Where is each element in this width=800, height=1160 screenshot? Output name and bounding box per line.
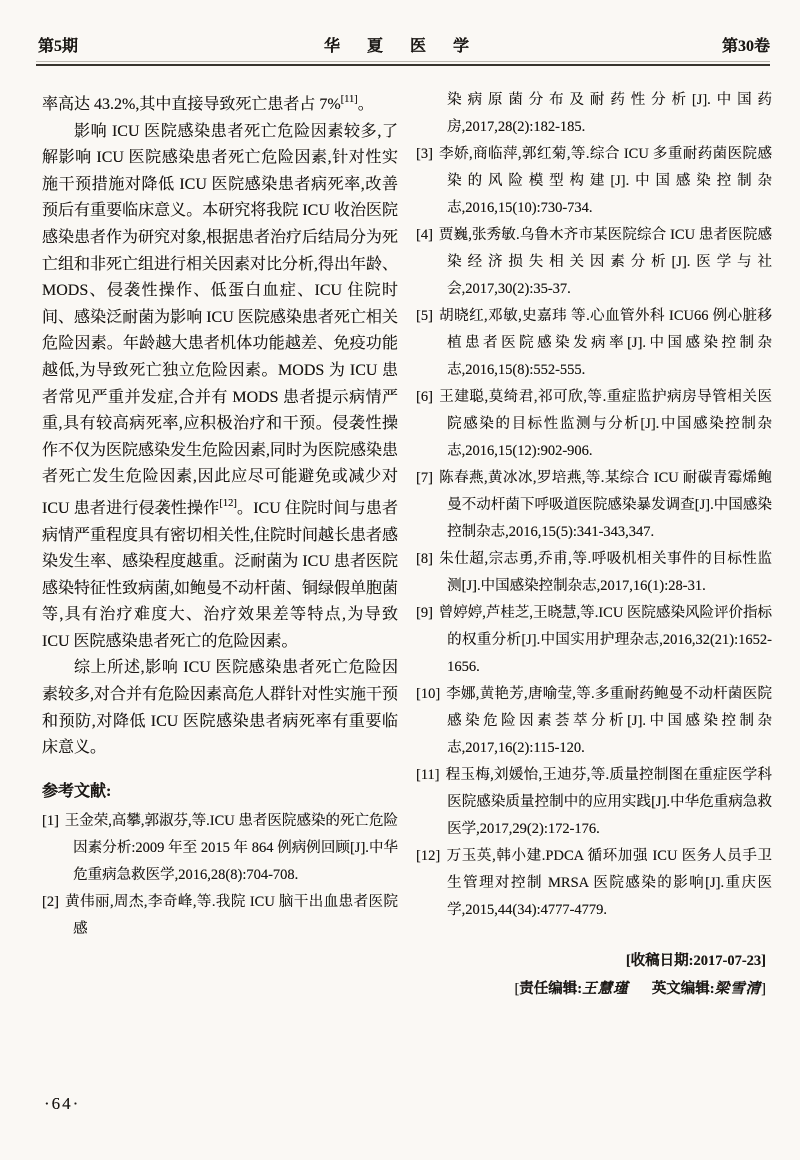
reference-number: [12] [416, 848, 440, 864]
running-head: 第5期 华 夏 医 学 第30卷 [38, 0, 770, 56]
reference-continuation: 染病原菌分布及耐药性分析[J].中国药房,2017,28(2):182-185. [416, 87, 772, 141]
reference-item: [4]贾巍,张秀敏.乌鲁木齐市某医院综合 ICU 患者医院感染经济损失相关因素分… [416, 222, 772, 303]
editors-line: [责任编辑:王慧瑾英文编辑:梁雪清] [416, 977, 766, 998]
reference-number: [2] [42, 894, 59, 910]
text-run: 率高达 43.2%,其中直接导致死亡患者占 7% [42, 96, 341, 113]
text-run: 影响 ICU 医院感染患者死亡危险因素较多,了解影响 ICU 医院感染患者死亡危… [42, 123, 398, 517]
reference-number: [10] [416, 686, 440, 702]
bracket-close: ] [761, 981, 766, 997]
reference-number: [6] [416, 389, 433, 405]
page-number: ·64· [44, 1094, 80, 1114]
reference-item: [11]程玉梅,刘媛怡,王迪芬,等.质量控制图在重症医学科医院感染质量控制中的应… [416, 762, 772, 843]
paragraph: 综上所述,影响 ICU 医院感染患者死亡危险因素较多,对合并有危险因素高危人群针… [42, 655, 398, 761]
reference-item: [1]王金荣,高攀,郭淑芬,等.ICU 患者医院感染的死亡危险因素分析:2009… [42, 808, 398, 889]
header-rule-soft [36, 61, 770, 62]
reference-item: [10]李娜,黄艳芳,唐喻莹,等.多重耐药鲍曼不动杆菌医院感染危险因素荟萃分析[… [416, 681, 772, 762]
reference-item: [9]曾婷婷,芦桂芝,王晓慧,等.ICU 医院感染风险评价指标的权重分析[J].… [416, 600, 772, 681]
reference-item: [8]朱仕超,宗志勇,乔甫,等.呼吸机相关事件的目标性监测[J].中国感染控制杂… [416, 546, 772, 600]
issue-label: 第5期 [38, 33, 78, 56]
journal-title: 华 夏 医 学 [324, 33, 476, 56]
reference-item: [6]王建聪,莫绮君,祁可欣,等.重症监护病房导管相关医院感染的目标性监测与分析… [416, 384, 772, 465]
reference-number: [11] [416, 767, 440, 783]
references-list-left: [1]王金荣,高攀,郭淑芬,等.ICU 患者医院感染的死亡危险因素分析:2009… [42, 808, 398, 943]
reference-number: [1] [42, 813, 59, 829]
reference-number: [3] [416, 146, 433, 162]
text-run: 综上所述,影响 ICU 医院感染患者死亡危险因素较多,对合并有危险因素高危人群针… [42, 659, 398, 756]
volume-label: 第30卷 [722, 33, 770, 56]
reference-number: [4] [416, 227, 433, 243]
responsible-editor-name: 王慧瑾 [582, 981, 629, 997]
reference-item: [3]李娇,商临萍,郭红菊,等.综合 ICU 多重耐药菌医院感染的风险模型构建[… [416, 141, 772, 222]
reference-item: [5]胡晓红,邓敏,史嘉玮 等.心血管外科 ICU66 例心脏移植患者医院感染发… [416, 303, 772, 384]
references-heading: 参考文献: [42, 778, 398, 801]
paragraph: 影响 ICU 医院感染患者死亡危险因素较多,了解影响 ICU 医院感染患者死亡危… [42, 119, 398, 656]
references-list-right: [3]李娇,商临萍,郭红菊,等.综合 ICU 多重耐药菌医院感染的风险模型构建[… [416, 141, 772, 924]
citation-superscript: [12] [219, 498, 237, 509]
reference-item: [7]陈春燕,黄冰冰,罗培燕,等.某综合 ICU 耐碳青霉烯鲍曼不动杆菌下呼吸道… [416, 465, 772, 546]
received-date-line: [收稿日期:2017-07-23] [416, 949, 766, 970]
left-column: 率高达 43.2%,其中直接导致死亡患者占 7%[11]。影响 ICU 医院感染… [42, 87, 398, 998]
responsible-editor-label: 责任编辑: [519, 981, 582, 997]
reference-number: [8] [416, 551, 433, 567]
discussion-paragraphs: 率高达 43.2%,其中直接导致死亡患者占 7%[11]。影响 ICU 医院感染… [42, 87, 398, 762]
reference-item: [12]万玉英,韩小建.PDCA 循环加强 ICU 医务人员手卫生管理对控制 M… [416, 843, 772, 924]
two-column-body: 率高达 43.2%,其中直接导致死亡患者占 7%[11]。影响 ICU 医院感染… [0, 66, 800, 998]
reference-number: [9] [416, 605, 433, 621]
paragraph: 率高达 43.2%,其中直接导致死亡患者占 7%[11]。 [42, 87, 398, 119]
english-editor-label: 英文编辑: [652, 981, 715, 997]
reference-number: [5] [416, 308, 433, 324]
english-editor-name: 梁雪清 [715, 981, 762, 997]
citation-superscript: [11] [341, 94, 358, 105]
reference-item: [2]黄伟丽,周杰,李奇峰,等.我院 ICU 脑干出血患者医院感 [42, 889, 398, 943]
text-run: 。 [358, 96, 374, 113]
journal-page: 第5期 华 夏 医 学 第30卷 率高达 43.2%,其中直接导致死亡患者占 7… [0, 0, 800, 1160]
right-column: 染病原菌分布及耐药性分析[J].中国药房,2017,28(2):182-185.… [416, 87, 772, 998]
text-run: 。ICU 住院时间与患者病情严重程度具有密切相关性,住院时间越长患者感染发生率、… [42, 500, 398, 650]
reference-number: [7] [416, 470, 433, 486]
